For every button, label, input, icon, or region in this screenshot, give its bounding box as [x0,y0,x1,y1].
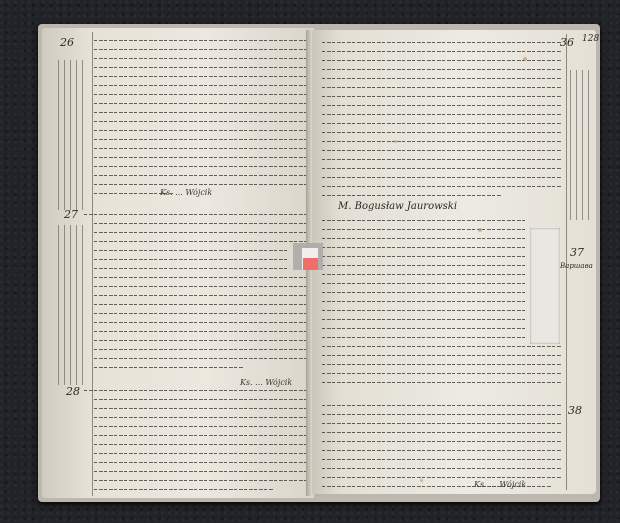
overlay-marker-red-fill [303,258,318,270]
stain [420,479,423,482]
inserted-name-heading: M. Bogusław Jaurowski [338,201,457,212]
left-margin-notes-entry-26 [58,60,86,210]
margin-note: Варшава [560,262,593,270]
left-margin-rule [92,32,93,496]
priest-signature: Ks. ... Wójcik [240,378,292,387]
entry-number: 38 [568,404,582,417]
priest-signature: Ks. ... Wójcik [160,188,212,197]
stain [478,228,482,232]
stain [523,57,527,61]
entry-number: 37 [570,246,584,259]
pasted-paper-slip [530,228,560,344]
entry-number: 28 [66,385,80,398]
left-margin-notes-entry-27 [58,225,84,385]
right-margin-notes [570,70,594,220]
entry-number: 26 [60,36,74,49]
stain [394,140,397,143]
page-number: 128 [582,34,599,44]
entry-number: 27 [64,208,78,221]
priest-signature: Ks. ... Wójcik [474,480,526,489]
entry-number: 36 [560,36,574,49]
